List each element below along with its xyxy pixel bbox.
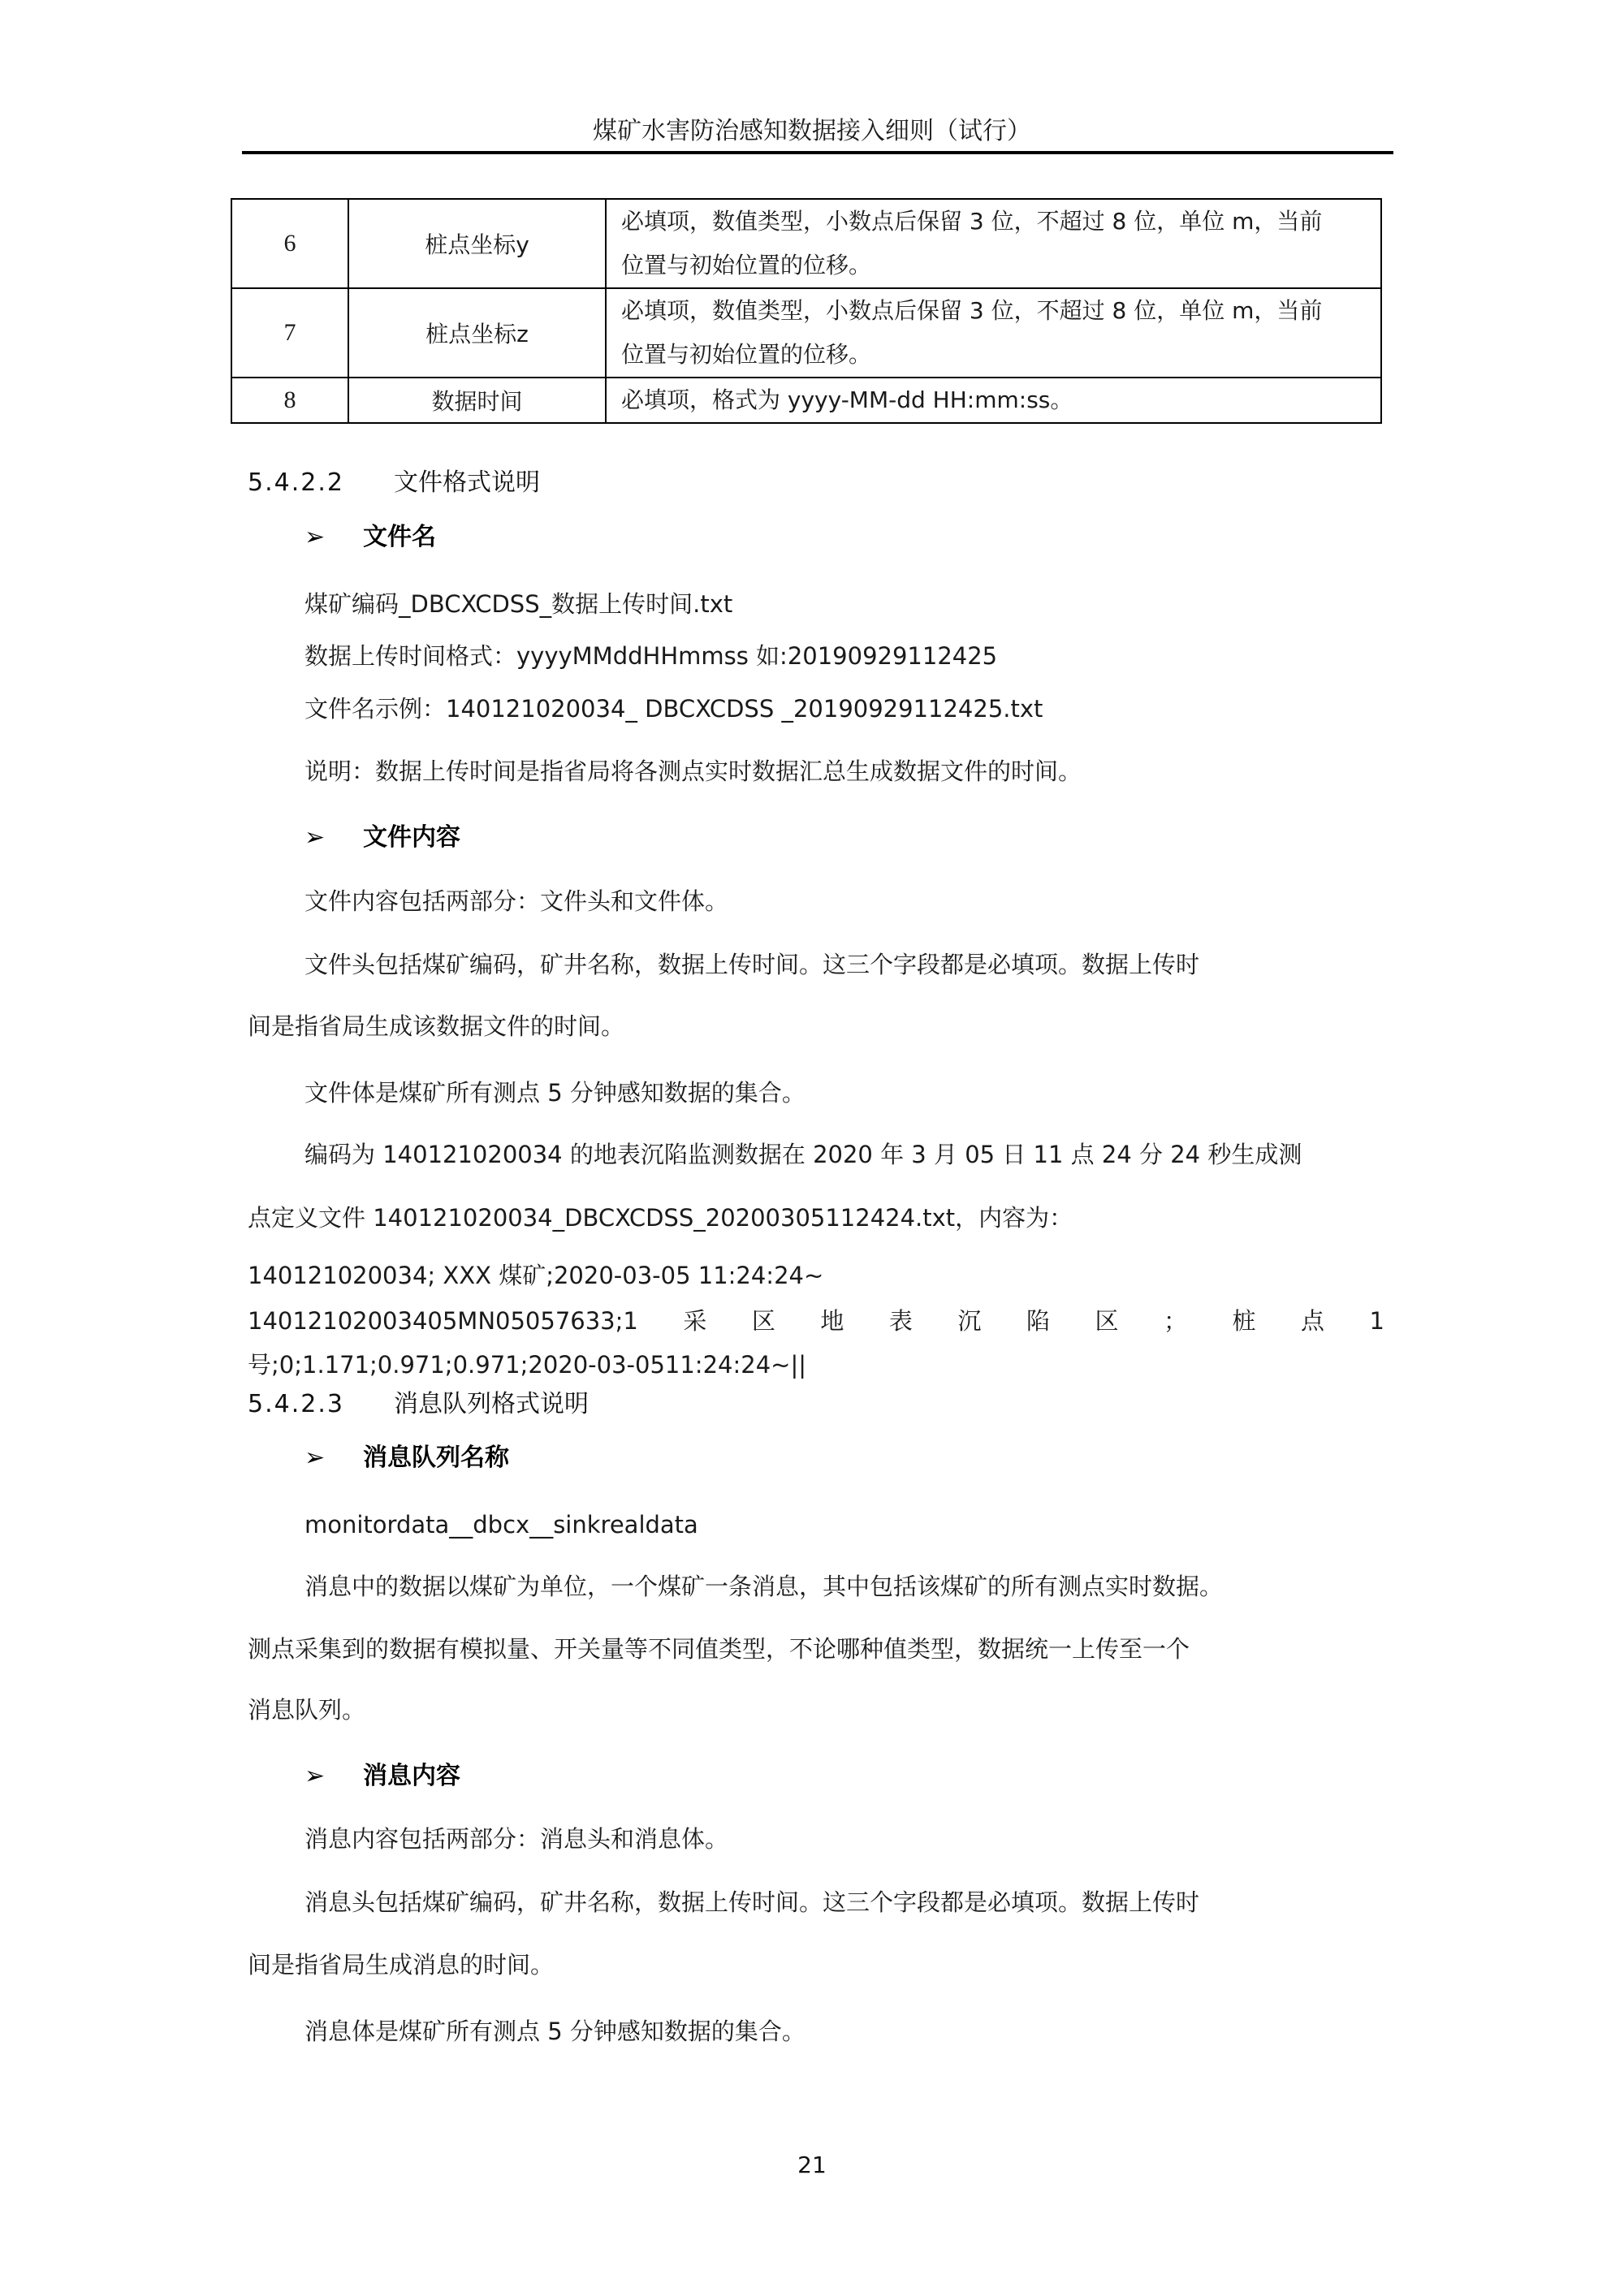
description-cell: 必填项，数值类型，小数点后保留 3 位，不超过 8 位，单位 m，当前 位置与初… — [606, 288, 1381, 378]
paragraph-line: 间是指省局生成该数据文件的时间。 — [248, 1008, 624, 1044]
queue-name-value: monitordata__dbcx__sinkrealdata — [304, 1507, 698, 1543]
arrow-bullet-icon: ➢ — [304, 520, 363, 555]
paragraph-line: 点定义文件 140121020034_DBCXCDSS_202003051124… — [248, 1200, 1073, 1236]
field-spec-table: 6 桩点坐标y 必填项，数值类型，小数点后保留 3 位，不超过 8 位，单位 m… — [231, 198, 1382, 424]
field-name-cell: 桩点坐标z — [348, 288, 606, 378]
paragraph: 消息内容包括两部分：消息头和消息体。 — [304, 1821, 728, 1857]
sample-token: 沉 — [957, 1303, 981, 1339]
field-name-cell: 数据时间 — [348, 378, 606, 423]
bullet-heading-label: 消息内容 — [363, 1762, 460, 1790]
bullet-heading-file-content: ➢文件内容 — [304, 820, 460, 856]
paragraph-line: 文件头包括煤矿编码，矿井名称，数据上传时间。这三个字段都是必填项。数据上传时 — [304, 947, 1199, 982]
sample-token: 采 — [683, 1303, 706, 1339]
bullet-heading-label: 消息队列名称 — [363, 1444, 509, 1472]
description-cell: 必填项，格式为 yyyy-MM-dd HH:mm:ss。 — [606, 378, 1381, 423]
sample-token: 14012102003405MN05057633;1 — [248, 1303, 638, 1339]
paragraph-line: 消息中的数据以煤矿为单位，一个煤矿一条消息，其中包括该煤矿的所有测点实时数据。 — [304, 1569, 1223, 1604]
section-number: 5.4.2.3 — [248, 1387, 394, 1422]
sample-token: 区 — [752, 1303, 775, 1339]
section-number: 5.4.2.2 — [248, 465, 394, 501]
sample-content-line: 14012102003405MN05057633;1 采 区 地 表 沉 陷 区… — [248, 1303, 1384, 1339]
bullet-heading-message-content: ➢消息内容 — [304, 1759, 460, 1794]
file-name-example: 文件名示例：140121020034_ DBCXCDSS _2019092911… — [304, 691, 1043, 727]
bullet-heading-label: 文件名 — [363, 523, 436, 551]
description-line: 位置与初始位置的位移。 — [621, 333, 1366, 377]
section-heading-5423: 5.4.2.3消息队列格式说明 — [248, 1387, 589, 1422]
description-line: 位置与初始位置的位移。 — [621, 244, 1366, 287]
description-line: 必填项，格式为 yyyy-MM-dd HH:mm:ss。 — [621, 378, 1366, 422]
paragraph-line: 间是指省局生成消息的时间。 — [248, 1947, 554, 1983]
bullet-heading-queue-name: ➢消息队列名称 — [304, 1440, 509, 1476]
table-row: 6 桩点坐标y 必填项，数值类型，小数点后保留 3 位，不超过 8 位，单位 m… — [231, 199, 1381, 288]
row-number-cell: 8 — [231, 378, 348, 423]
paragraph-line: 测点采集到的数据有模拟量、开关量等不同值类型，不论哪种值类型，数据统一上传至一个 — [248, 1631, 1190, 1667]
sample-token: 点 — [1301, 1303, 1324, 1339]
page-number: 21 — [0, 2151, 1624, 2178]
paragraph-line: 消息队列。 — [248, 1692, 365, 1728]
sample-token: 桩 — [1232, 1303, 1255, 1339]
sample-token: 陷 — [1026, 1303, 1050, 1339]
upload-time-format: 数据上传时间格式：yyyyMMddHHmmss 如:20190929112425 — [304, 638, 997, 674]
description-line: 必填项，数值类型，小数点后保留 3 位，不超过 8 位，单位 m，当前 — [621, 200, 1366, 244]
table-row: 7 桩点坐标z 必填项，数值类型，小数点后保留 3 位，不超过 8 位，单位 m… — [231, 288, 1381, 378]
paragraph: 文件内容包括两部分：文件头和文件体。 — [304, 883, 728, 919]
sample-content-line: 140121020034; XXX 煤矿;2020-03-05 11:24:24… — [248, 1258, 823, 1293]
section-title: 消息队列格式说明 — [394, 1390, 589, 1418]
arrow-bullet-icon: ➢ — [304, 1759, 363, 1794]
paragraph: 消息体是煤矿所有测点 5 分钟感知数据的集合。 — [304, 2013, 806, 2049]
sample-token: ； — [1164, 1303, 1187, 1339]
field-name-cell: 桩点坐标y — [348, 199, 606, 288]
row-number-cell: 6 — [231, 199, 348, 288]
paragraph-line: 编码为 140121020034 的地表沉陷监测数据在 2020 年 3 月 0… — [304, 1137, 1302, 1172]
paragraph: 文件体是煤矿所有测点 5 分钟感知数据的集合。 — [304, 1075, 806, 1111]
sample-token: 区 — [1095, 1303, 1118, 1339]
description-line: 必填项，数值类型，小数点后保留 3 位，不超过 8 位，单位 m，当前 — [621, 289, 1366, 333]
paragraph-line: 消息头包括煤矿编码，矿井名称，数据上传时间。这三个字段都是必填项。数据上传时 — [304, 1884, 1199, 1920]
header-rule-divider — [242, 151, 1393, 154]
bullet-heading-label: 文件内容 — [363, 823, 460, 852]
sample-content-line: 号;0;1.171;0.971;0.971;2020-03-0511:24:24… — [248, 1347, 806, 1383]
arrow-bullet-icon: ➢ — [304, 820, 363, 856]
arrow-bullet-icon: ➢ — [304, 1440, 363, 1476]
sample-token: 表 — [889, 1303, 913, 1339]
table-row: 8 数据时间 必填项，格式为 yyyy-MM-dd HH:mm:ss。 — [231, 378, 1381, 423]
sample-token: 1 — [1370, 1303, 1384, 1339]
section-heading-5422: 5.4.2.2文件格式说明 — [248, 465, 540, 501]
bullet-heading-file-name: ➢文件名 — [304, 520, 436, 555]
sample-token: 地 — [820, 1303, 844, 1339]
file-name-pattern: 煤矿编码_DBCXCDSS_数据上传时间.txt — [304, 586, 732, 622]
file-name-note: 说明：数据上传时间是指省局将各测点实时数据汇总生成数据文件的时间。 — [304, 753, 1082, 789]
row-number-cell: 7 — [231, 288, 348, 378]
description-cell: 必填项，数值类型，小数点后保留 3 位，不超过 8 位，单位 m，当前 位置与初… — [606, 199, 1381, 288]
running-header-title: 煤矿水害防治感知数据接入细则（试行） — [0, 114, 1624, 149]
section-title: 文件格式说明 — [394, 468, 540, 497]
